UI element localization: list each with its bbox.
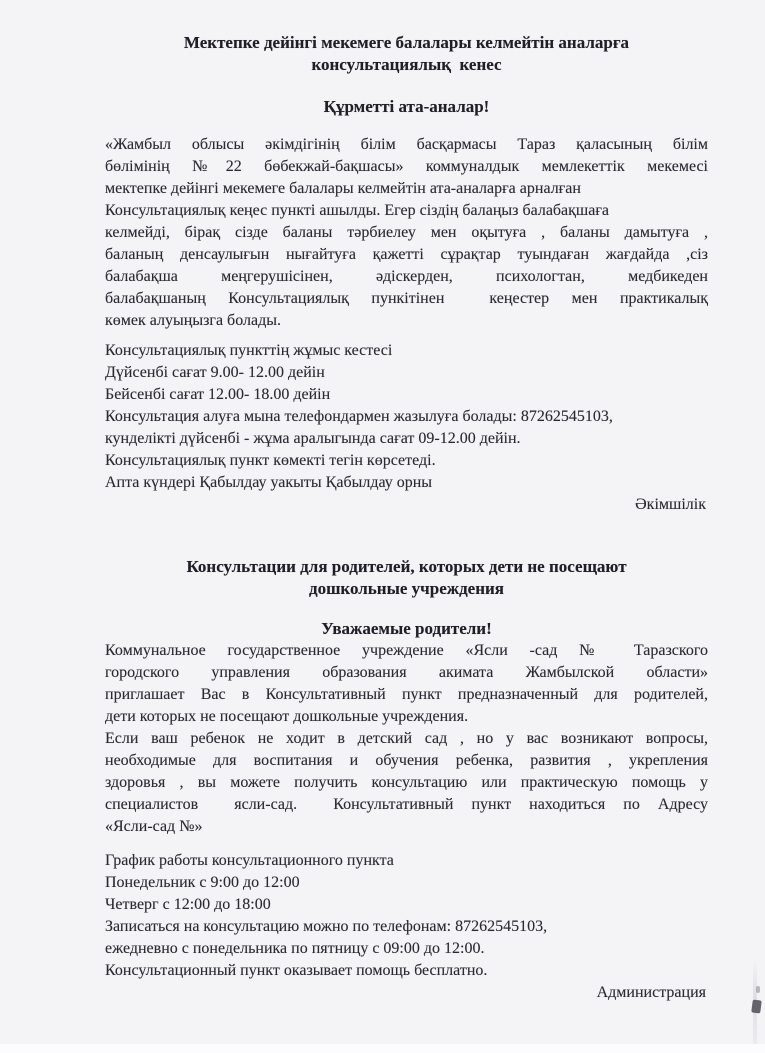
text-line: здоровья , вы можете получить консультац…: [105, 772, 708, 794]
text-line: необходимые для воспитания и обучения ре…: [105, 750, 708, 772]
text-line: дети которых не посещают дошкольные учре…: [105, 706, 708, 728]
text-line: Дүйсенбі сағат 9.00- 12.00 дейін: [105, 362, 708, 384]
text-line: Понедельник с 9:00 до 12:00: [105, 872, 708, 894]
text-line: Консультациялық пункттің жұмыс кестесі: [105, 340, 708, 362]
text-line: городского управления образования акимат…: [105, 662, 708, 684]
russian-paragraph-2: Если ваш ребенок не ходит в детский сад …: [105, 728, 708, 838]
text-line: балабақша меңгерушісінен, әдіскерден, пс…: [105, 266, 708, 288]
text-line: Мектепке дейінгі мекемеге балалары келме…: [105, 32, 708, 54]
scan-bottom-strip: [0, 1044, 765, 1053]
russian-greeting: Уважаемые родители!: [105, 618, 708, 640]
text-line: Коммунальное государственное учреждение …: [105, 640, 708, 662]
text-line: баланың денсаулығын нығайтуға қажетті сұ…: [105, 244, 708, 266]
text-line: Если ваш ребенок не ходит в детский сад …: [105, 728, 708, 750]
russian-schedule: График работы консультационного пунктаПо…: [105, 850, 708, 982]
kazakh-schedule: Консультациялық пункттің жұмыс кестесіДү…: [105, 340, 708, 494]
text-line: Консультациялық пункт көмекті тегін көрс…: [105, 450, 708, 472]
scanned-document-page: Мектепке дейінгі мекемеге балалары келме…: [0, 0, 765, 1053]
text-line: бөлімінің №22 бөбекжай-бақшасы» коммунал…: [105, 156, 708, 178]
text-line: консультациялық кенес: [105, 54, 708, 76]
scan-blob-artifact: [751, 1000, 762, 1014]
text-line: Консультация алуға мына телефондармен жа…: [105, 406, 708, 428]
kazakh-paragraph: «Жамбыл облысы әкімдігінің білім басқарм…: [105, 134, 708, 332]
russian-signature: Администрация: [105, 982, 708, 1004]
text-line: мектепке дейінгі мекемеге балалары келме…: [105, 178, 708, 200]
text-line: График работы консультационного пункта: [105, 850, 708, 872]
text-line: балабақшаның Консультациялық пункітінен …: [105, 288, 708, 310]
kazakh-greeting: Құрметті ата-аналар!: [105, 96, 708, 118]
scan-dot-artifact: [756, 986, 760, 993]
text-line: Консультационный пункт оказывает помощь …: [105, 960, 708, 982]
russian-title: Консультации для родителей, которых дети…: [105, 556, 708, 600]
text-line: кунделікті дүйсенбі - жұма аралыгында са…: [105, 428, 708, 450]
kazakh-signature: Әкімшілік: [105, 494, 708, 516]
russian-paragraph-1: Коммунальное государственное учреждение …: [105, 640, 708, 728]
text-line: приглашает Вас в Консультативный пункт п…: [105, 684, 708, 706]
text-line: Бейсенбі сағат 12.00- 18.00 дейін: [105, 384, 708, 406]
text-line: специалистов ясли-сад. Консультативный п…: [105, 794, 708, 816]
text-line: Консультации для родителей, которых дети…: [105, 556, 708, 578]
text-line: Апта күндері Қабылдау уакыты Қабылдау ор…: [105, 472, 708, 494]
text-line: Консультациялық кеңес пункті ашылды. Еге…: [105, 200, 708, 222]
text-line: көмек алуыңызга болады.: [105, 310, 708, 332]
text-line: «Жамбыл облысы әкімдігінің білім басқарм…: [105, 134, 708, 156]
text-line: Четверг с 12:00 до 18:00: [105, 894, 708, 916]
kazakh-title: Мектепке дейінгі мекемеге балалары келме…: [105, 32, 708, 76]
text-line: дошкольные учреждения: [105, 578, 708, 600]
text-line: ежедневно с понедельника по пятницу с 09…: [105, 938, 708, 960]
text-line: келмейді, бірақ сізде баланы тәрбиелеу м…: [105, 222, 708, 244]
document-content: Мектепке дейінгі мекемеге балалары келме…: [105, 32, 708, 1004]
text-line: Записаться на консультацию можно по теле…: [105, 916, 708, 938]
text-line: «Ясли-сад №»: [105, 816, 708, 838]
